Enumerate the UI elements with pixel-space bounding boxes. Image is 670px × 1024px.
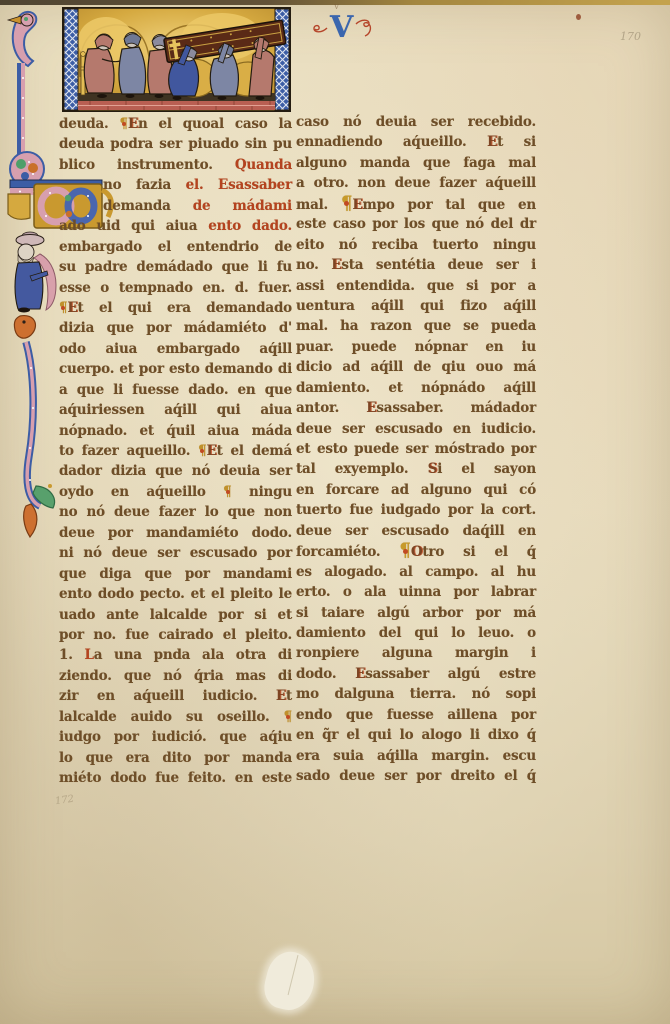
- body-text: mpo por tal que en: [362, 197, 536, 213]
- text-line: en q̃r el qui lo alogo li dixo q́: [296, 725, 536, 745]
- text-line: deuda podra ser piuado sin pu: [59, 134, 292, 154]
- chapter-initial-v-block: V: [311, 13, 375, 43]
- rubric-text: L: [84, 647, 93, 663]
- foliate-tail: [24, 342, 55, 537]
- body-text: E: [276, 688, 286, 704]
- text-line: eito nó reciba tuerto ningu: [296, 235, 536, 255]
- rubric-text: de mádami: [193, 198, 292, 214]
- bird-finial: [8, 12, 36, 66]
- body-text: oydo en aq́ueillo: [59, 484, 223, 500]
- body-text: si taiare algú arbor por má: [296, 605, 536, 621]
- body-text: t el qui era demandado: [77, 300, 292, 316]
- chapter-initial-v: V: [330, 13, 353, 43]
- paraph-mark: ¶: [59, 300, 67, 316]
- body-text: E: [352, 197, 362, 213]
- body-text: n el quoal caso la: [138, 116, 292, 132]
- text-line: dicio ad aq́ill de qiu ouo má: [296, 357, 536, 377]
- body-text: ni nó deue ser escusado por: [59, 545, 292, 561]
- body-text: antor.: [296, 400, 366, 416]
- body-text: E: [487, 134, 497, 150]
- body-text: erto. o ala uinna por labrar: [296, 584, 536, 600]
- paraph-mark: ¶: [341, 193, 352, 214]
- text-line: en forcare ad alguno qui có: [296, 480, 536, 500]
- paraph-mark: ¶: [399, 540, 410, 561]
- body-text: este caso por los que nó del dr: [296, 216, 536, 232]
- text-line: esse o tempnado en. d. fuer.: [59, 278, 292, 298]
- text-line: demanda de mádami: [59, 196, 292, 216]
- paraph-mark: ¶: [223, 484, 231, 500]
- text-line: dizia que por mádamiéto d': [59, 318, 292, 338]
- folio-number-top: 170: [620, 30, 641, 43]
- text-line: dador dizia que nó deuia ser: [59, 461, 292, 481]
- body-text: uentura aq́ill qui fizo aq́ill: [296, 298, 536, 314]
- text-line: tal exyemplo. Si el sayon: [296, 459, 536, 479]
- text-line: mal. ha razon que se pueda: [296, 316, 536, 336]
- body-text: E: [331, 257, 341, 273]
- body-text: demanda: [103, 198, 193, 214]
- body-text: sta sentétia deue ser i: [341, 257, 536, 273]
- text-line: caso nó deuia ser recebido.: [296, 112, 536, 132]
- text-line: es alogado. al campo. al hu: [296, 562, 536, 582]
- folio-number-bottom: 172: [54, 794, 74, 808]
- text-line: odo aiua embargado aq́ill: [59, 339, 292, 359]
- text-column-right: caso nó deuia ser recebido.ennadiendo aq…: [296, 112, 536, 786]
- body-text: dodo.: [296, 666, 355, 682]
- body-text: a que li fuesse dado. en que: [59, 382, 292, 398]
- body-text: aq́uiriessen aq́ill qui aiua: [59, 402, 292, 418]
- text-line: este caso por los que nó del dr: [296, 214, 536, 234]
- text-line: antor. Esassaber. mádador: [296, 398, 536, 418]
- body-text: dizia que por mádamiéto d': [59, 320, 292, 336]
- body-text: E: [128, 116, 138, 132]
- rubric-text: ento dado.: [208, 218, 292, 234]
- body-text: deue ser escusado en iudicio.: [296, 421, 536, 437]
- body-text: damiento del qui lo leuo. o: [296, 625, 536, 641]
- body-text: sado deue ser por dreito el q́: [296, 768, 536, 784]
- text-line: miéto dodo fue feito. en este: [59, 768, 292, 788]
- body-text: dador dizia que nó deuia ser: [59, 463, 292, 479]
- text-line: erto. o ala uinna por labrar: [296, 582, 536, 602]
- text-line: endo que fuesse aillena por: [296, 705, 536, 725]
- paraph-mark: ¶: [284, 709, 292, 725]
- body-text: alguno manda que faga mal: [296, 155, 536, 171]
- body-text: es alogado. al campo. al hu: [296, 564, 536, 580]
- text-line: no fazia el. Esassaber: [59, 175, 292, 195]
- body-text: assi entendida. que si por a: [296, 278, 536, 294]
- body-text: uado ante lalcalde por si et: [59, 607, 292, 623]
- body-text: caso nó deuia ser recebido.: [296, 114, 536, 130]
- body-text: esse o tempnado en. d. fuer.: [59, 280, 292, 296]
- body-text: a otro. non deue fazer aq́ueill: [296, 175, 536, 191]
- text-line: que diga que por mandami: [59, 564, 292, 584]
- text-line: mal. ¶Empo por tal que en: [296, 194, 536, 214]
- body-text: deuda.: [59, 116, 119, 132]
- text-line: ronpiere alguna margin i: [296, 643, 536, 663]
- text-line: mo dalguna tierra. nó sopi: [296, 684, 536, 704]
- rubric-text: el. Esassaber: [186, 177, 292, 193]
- body-text: i el sayon: [437, 461, 536, 477]
- body-text: deuda podra ser piuado sin pu: [59, 136, 292, 152]
- text-line: dodo. Esassaber algú estre: [296, 664, 536, 684]
- body-text: zir en aq́ueill iudicio.: [59, 688, 276, 704]
- paraph-mark: ¶: [119, 116, 127, 132]
- initial-stem: [17, 63, 25, 158]
- body-text: lalcalde auido su oseillo.: [59, 709, 284, 725]
- text-line: deue por mandamiéto dodo.: [59, 523, 292, 543]
- text-line: ento dodo pecto. et el pleito le: [59, 584, 292, 604]
- text-line: damiento del qui lo leuo. o: [296, 623, 536, 643]
- red-flourish-right: [355, 17, 375, 39]
- body-text: deue por mandamiéto dodo.: [59, 525, 292, 541]
- text-line: ziendo. que nó q́ria mas di: [59, 666, 292, 686]
- text-line: aq́uiriessen aq́ill qui aiua: [59, 400, 292, 420]
- paraph-mark: ¶: [198, 443, 206, 459]
- guide-letter: v: [334, 2, 339, 12]
- body-text: 1.: [59, 647, 84, 663]
- body-text: to fazer aqueillo.: [59, 443, 198, 459]
- text-line: si taiare algú arbor por má: [296, 603, 536, 623]
- body-text: ziendo. que nó q́ria mas di: [59, 668, 292, 684]
- body-text: S: [428, 461, 438, 477]
- body-text: ennadiendo aq́ueillo.: [296, 134, 487, 150]
- body-text: iudgo por iudició. que aq́iu: [59, 729, 292, 745]
- red-flourish-left: [311, 20, 328, 36]
- standing-prophet-figure: [15, 232, 56, 313]
- body-text: damiento. et nópnádo aq́ill: [296, 380, 536, 396]
- body-text: no fazia: [103, 177, 186, 193]
- text-line: ennadiendo aq́ueillo. Et si: [296, 132, 536, 152]
- text-line: cuerpo. et por esto demando di: [59, 359, 292, 379]
- body-text: t: [286, 688, 292, 704]
- body-text: puar. puede nópnar en iu: [296, 339, 536, 355]
- text-line: era suia aq́illa margin. escu: [296, 746, 536, 766]
- body-text: que diga que por mandami: [59, 566, 292, 582]
- text-line: damiento. et nópnádo aq́ill: [296, 378, 536, 398]
- body-text: mo dalguna tierra. nó sopi: [296, 686, 536, 702]
- text-line: tuerto fue iudgado por la cort.: [296, 500, 536, 520]
- body-text: ronpiere alguna margin i: [296, 645, 536, 661]
- body-text: et esto puede ser móstrado por: [296, 441, 536, 457]
- body-text: por no. fue cairado el pleito.: [59, 627, 292, 643]
- text-line: deuda. ¶En el quoal caso la: [59, 114, 292, 134]
- text-line: zir en aq́ueill iudicio. Et: [59, 686, 292, 706]
- body-text: lo que era dito por manda: [59, 750, 292, 766]
- body-text: no nó deue fazer lo que non: [59, 504, 292, 520]
- text-line: iudgo por iudició. que aq́iu: [59, 727, 292, 747]
- text-line: ¶Et el qui era demandado: [59, 298, 292, 318]
- text-line: alguno manda que faga mal: [296, 153, 536, 173]
- text-line: su padre demádado que li fu: [59, 257, 292, 277]
- body-text: tuerto fue iudgado por la cort.: [296, 502, 536, 518]
- body-text: t el demá: [217, 443, 292, 459]
- text-line: uado ante lalcalde por si et: [59, 605, 292, 625]
- body-text: ningu: [232, 484, 292, 500]
- body-text: en forcare ad alguno qui có: [296, 482, 536, 498]
- ink-spot: [576, 14, 581, 20]
- body-text: deue ser escusado daq́ill en: [296, 523, 536, 539]
- body-text: nópnado. et q́uil aiua máda: [59, 423, 292, 439]
- text-line: 1. La una pnda ala otra di: [59, 645, 292, 665]
- body-text: t si: [497, 134, 536, 150]
- body-text: O: [411, 544, 423, 560]
- text-column-left: deuda. ¶En el quoal caso ladeuda podra s…: [59, 114, 292, 788]
- body-text: mal.: [296, 197, 341, 213]
- text-line: no. Esta sentétia deue ser i: [296, 255, 536, 275]
- body-text: su padre demádado que li fu: [59, 259, 292, 275]
- text-line: sado deue ser por dreito el q́: [296, 766, 536, 786]
- body-text: forcamiéto.: [296, 544, 399, 560]
- text-line: ado uid qui aiua ento dado.: [59, 216, 292, 236]
- body-text: ado uid qui aiua: [59, 218, 208, 234]
- text-line: assi entendida. que si por a: [296, 276, 536, 296]
- body-text: en q̃r el qui lo alogo li dixo q́: [296, 727, 536, 743]
- body-text: sassaber. mádador: [376, 400, 536, 416]
- body-text: ento dodo pecto. et el pleito le: [59, 586, 292, 602]
- text-line: to fazer aqueillo. ¶Et el demá: [59, 441, 292, 461]
- text-line: blico instrumento. Quanda: [59, 155, 292, 175]
- text-line: lalcalde auido su oseillo. ¶: [59, 707, 292, 727]
- body-text: no.: [296, 257, 331, 273]
- body-text: tro si el q́: [422, 544, 536, 560]
- body-text: E: [67, 300, 77, 316]
- text-line: puar. puede nópnar en iu: [296, 337, 536, 357]
- rubric-text: Quanda: [235, 157, 292, 173]
- orange-grotesque: [14, 316, 35, 339]
- text-line: oydo en aq́ueillo ¶ ningu: [59, 482, 292, 502]
- body-text: mal. ha razon que se pueda: [296, 318, 536, 334]
- text-line: no nó deue fazer lo que non: [59, 502, 292, 522]
- text-line: et esto puede ser móstrado por: [296, 439, 536, 459]
- body-text: era suia aq́illa margin. escu: [296, 748, 536, 764]
- text-line: nópnado. et q́uil aiua máda: [59, 421, 292, 441]
- text-line: deue ser escusado daq́ill en: [296, 521, 536, 541]
- text-line: deue ser escusado en iudicio.: [296, 419, 536, 439]
- body-text: E: [355, 666, 365, 682]
- body-text: tal exyemplo.: [296, 461, 428, 477]
- body-text: odo aiua embargado aq́ill: [59, 341, 292, 357]
- body-text: embargado el entendrio de: [59, 239, 292, 255]
- text-line: embargado el entendrio de: [59, 237, 292, 257]
- body-text: endo que fuesse aillena por: [296, 707, 536, 723]
- body-text: E: [366, 400, 376, 416]
- text-line: uentura aq́ill qui fizo aq́ill: [296, 296, 536, 316]
- body-text: E: [207, 443, 217, 459]
- text-line: a otro. non deue fazer aq́ueill: [296, 173, 536, 193]
- text-line: ni nó deue ser escusado por: [59, 543, 292, 563]
- body-text: eito nó reciba tuerto ningu: [296, 237, 536, 253]
- text-line: forcamiéto. ¶Otro si el q́: [296, 541, 536, 561]
- body-text: miéto dodo fue feito. en este: [59, 770, 292, 786]
- body-text: a una pnda ala otra di: [94, 647, 292, 663]
- text-line: por no. fue cairado el pleito.: [59, 625, 292, 645]
- text-line: lo que era dito por manda: [59, 748, 292, 768]
- body-text: sassaber algú estre: [365, 666, 536, 682]
- body-text: blico instrumento.: [59, 157, 235, 173]
- parchment-flaw: [260, 947, 321, 1015]
- body-text: dicio ad aq́ill de qiu ouo má: [296, 359, 536, 375]
- manuscript-page: V v 170 172 deuda. ¶En el quoal caso lad…: [0, 0, 670, 1024]
- body-text: cuerpo. et por esto demando di: [59, 361, 292, 377]
- text-line: a que li fuesse dado. en que: [59, 380, 292, 400]
